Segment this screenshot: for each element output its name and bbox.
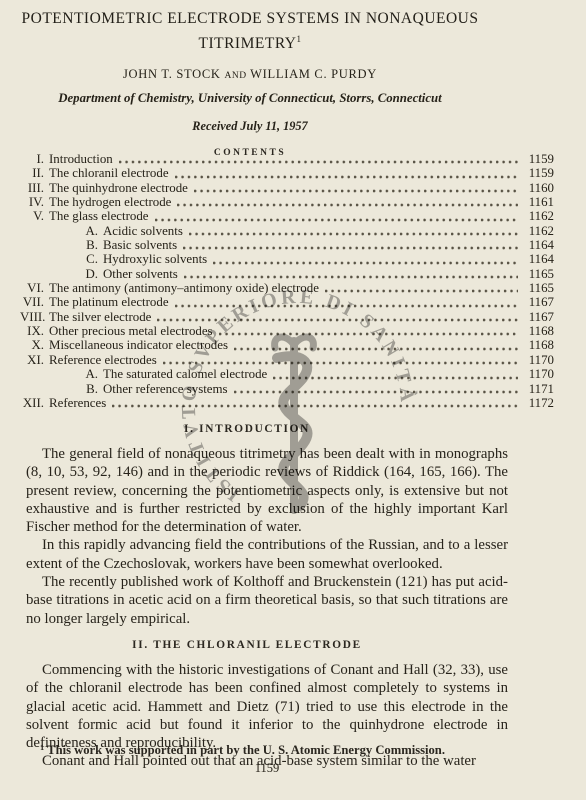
toc-page-number: 1168 <box>521 338 554 352</box>
toc-row: C. Hydroxylic solvents 1164 <box>20 252 554 266</box>
toc-page-number: 1159 <box>521 166 554 180</box>
toc-dot-leader <box>163 355 518 366</box>
toc-page-number: 1159 <box>521 152 554 166</box>
toc-dot-leader <box>273 370 518 381</box>
toc-numeral: A. <box>20 224 98 238</box>
toc-entry-label: The hydrogen electrode <box>49 195 171 209</box>
toc-numeral: X. <box>20 338 44 352</box>
toc-entry-label: Other solvents <box>103 267 178 281</box>
toc-numeral: C. <box>20 252 98 266</box>
toc-numeral: II. <box>20 166 44 180</box>
toc-numeral: XII. <box>20 396 44 410</box>
section-heading: II. THE CHLORANIL ELECTRODE <box>6 639 488 651</box>
toc-page-number: 1170 <box>521 353 554 367</box>
toc-dot-leader <box>213 255 518 266</box>
toc-entry-label: Introduction <box>49 152 113 166</box>
received-date: Received July 11, 1957 <box>8 119 492 134</box>
toc-row: A. The saturated calomel electrode 1170 <box>20 367 554 381</box>
toc-entry-label: References <box>49 396 106 410</box>
toc-numeral: VIII. <box>20 310 44 324</box>
toc-numeral: D. <box>20 267 98 281</box>
toc-dot-leader <box>234 341 518 352</box>
toc-entry-label: The antimony (antimony–antimony oxide) e… <box>49 281 319 295</box>
toc-numeral: B. <box>20 382 98 396</box>
body-paragraph: The recently published work of Kolthoff … <box>26 573 508 628</box>
toc-row: V. The glass electrode 1162 <box>20 209 554 223</box>
authors-conjunction: AND <box>224 71 246 81</box>
toc-entry-label: The chloranil electrode <box>49 166 169 180</box>
title-footnote-marker: 1 <box>297 34 302 44</box>
toc-entry-label: The saturated calomel electrode <box>103 367 267 381</box>
toc-row: III. The quinhydrone electrode 1160 <box>20 181 554 195</box>
author-1: JOHN T. STOCK <box>123 67 221 81</box>
toc-dot-leader <box>157 312 518 323</box>
paper-title-line1: POTENTIOMETRIC ELECTRODE SYSTEMS IN NONA… <box>22 10 479 27</box>
article-footer: 1 This work was supported in part by the… <box>26 736 508 776</box>
toc-dot-leader <box>175 298 518 309</box>
toc-entry-label: The platinum electrode <box>49 295 169 309</box>
paper-title-line2: TITRIMETRY <box>199 35 297 52</box>
toc-entry-label: Miscellaneous indicator electrodes <box>49 338 228 352</box>
footnote-text: This work was supported in part by the U… <box>44 743 445 757</box>
toc-numeral: V. <box>20 209 44 223</box>
toc-page-number: 1167 <box>521 295 554 309</box>
body-paragraph: The general field of nonaqueous titrimet… <box>26 445 508 536</box>
toc-entry-label: Other precious metal electrodes <box>49 324 213 338</box>
footnote: 1 This work was supported in part by the… <box>40 742 486 758</box>
page-number: 1159 <box>26 761 508 776</box>
toc-numeral: XI. <box>20 353 44 367</box>
toc-row: A. Acidic solvents 1162 <box>20 224 554 238</box>
author-2: WILLIAM C. PURDY <box>250 67 377 81</box>
toc-dot-leader <box>194 183 518 194</box>
toc-dot-leader <box>234 384 518 395</box>
toc-numeral: IX. <box>20 324 44 338</box>
toc-dot-leader <box>183 240 518 251</box>
toc-page-number: 1164 <box>521 252 554 266</box>
toc-numeral: A. <box>20 367 98 381</box>
toc-row: II. The chloranil electrode 1159 <box>20 166 554 180</box>
toc-page-number: 1170 <box>521 367 554 381</box>
article-body: I. INTRODUCTIONThe general field of nona… <box>26 412 508 771</box>
toc-dot-leader <box>112 398 518 409</box>
section-heading: I. INTRODUCTION <box>6 423 488 435</box>
toc-row: XII. References 1172 <box>20 396 554 410</box>
toc-row: VI. The antimony (antimony–antimony oxid… <box>20 281 554 295</box>
toc-dot-leader <box>325 283 518 294</box>
toc-dot-leader <box>184 269 518 280</box>
toc-page-number: 1165 <box>521 281 554 295</box>
toc-entry-label: The silver electrode <box>49 310 151 324</box>
authors-line: JOHN T. STOCK AND WILLIAM C. PURDY <box>8 67 492 82</box>
toc-page-number: 1162 <box>521 224 554 238</box>
toc-entry-label: Reference electrodes <box>49 353 157 367</box>
toc-numeral: B. <box>20 238 98 252</box>
toc-numeral: IV. <box>20 195 44 209</box>
toc-entry-label: Other reference systems <box>103 382 228 396</box>
toc-dot-leader <box>119 154 518 165</box>
toc-entry-label: The quinhydrone electrode <box>49 181 188 195</box>
toc-numeral: I. <box>20 152 44 166</box>
toc-list: I. Introduction 1159 II. The chloranil e… <box>20 152 554 410</box>
toc-row: IX. Other precious metal electrodes 1168 <box>20 324 554 338</box>
toc-page-number: 1171 <box>521 382 554 396</box>
toc-page-number: 1162 <box>521 209 554 223</box>
toc-row: IV. The hydrogen electrode 1161 <box>20 195 554 209</box>
toc-numeral: VII. <box>20 295 44 309</box>
toc-dot-leader <box>155 212 519 223</box>
toc-page-number: 1165 <box>521 267 554 281</box>
toc-row: XI. Reference electrodes 1170 <box>20 353 554 367</box>
toc-row: VII. The platinum electrode 1167 <box>20 295 554 309</box>
toc-row: VIII. The silver electrode 1167 <box>20 310 554 324</box>
masthead: POTENTIOMETRIC ELECTRODE SYSTEMS IN NONA… <box>8 9 492 158</box>
toc-entry-label: Acidic solvents <box>103 224 183 238</box>
paper-title: POTENTIOMETRIC ELECTRODE SYSTEMS IN NONA… <box>8 9 492 54</box>
affiliation: Department of Chemistry, University of C… <box>8 91 492 106</box>
toc-dot-leader <box>189 226 518 237</box>
toc-row: B. Basic solvents 1164 <box>20 238 554 252</box>
toc-page-number: 1168 <box>521 324 554 338</box>
body-paragraph: In this rapidly advancing field the cont… <box>26 536 508 573</box>
toc-row: D. Other solvents 1165 <box>20 267 554 281</box>
toc-page-number: 1172 <box>521 396 554 410</box>
scanned-paper-page: POTENTIOMETRIC ELECTRODE SYSTEMS IN NONA… <box>0 0 586 800</box>
toc-entry-label: Basic solvents <box>103 238 177 252</box>
toc-entry-label: Hydroxylic solvents <box>103 252 207 266</box>
toc-dot-leader <box>177 197 518 208</box>
toc-row: I. Introduction 1159 <box>20 152 554 166</box>
toc-page-number: 1161 <box>521 195 554 209</box>
toc-page-number: 1167 <box>521 310 554 324</box>
toc-row: B. Other reference systems 1171 <box>20 382 554 396</box>
toc-numeral: VI. <box>20 281 44 295</box>
toc-dot-leader <box>175 169 518 180</box>
toc-page-number: 1164 <box>521 238 554 252</box>
toc-page-number: 1160 <box>521 181 554 195</box>
toc-row: X. Miscellaneous indicator electrodes 11… <box>20 338 554 352</box>
toc-entry-label: The glass electrode <box>49 209 149 223</box>
toc-numeral: III. <box>20 181 44 195</box>
toc-dot-leader <box>219 326 518 337</box>
